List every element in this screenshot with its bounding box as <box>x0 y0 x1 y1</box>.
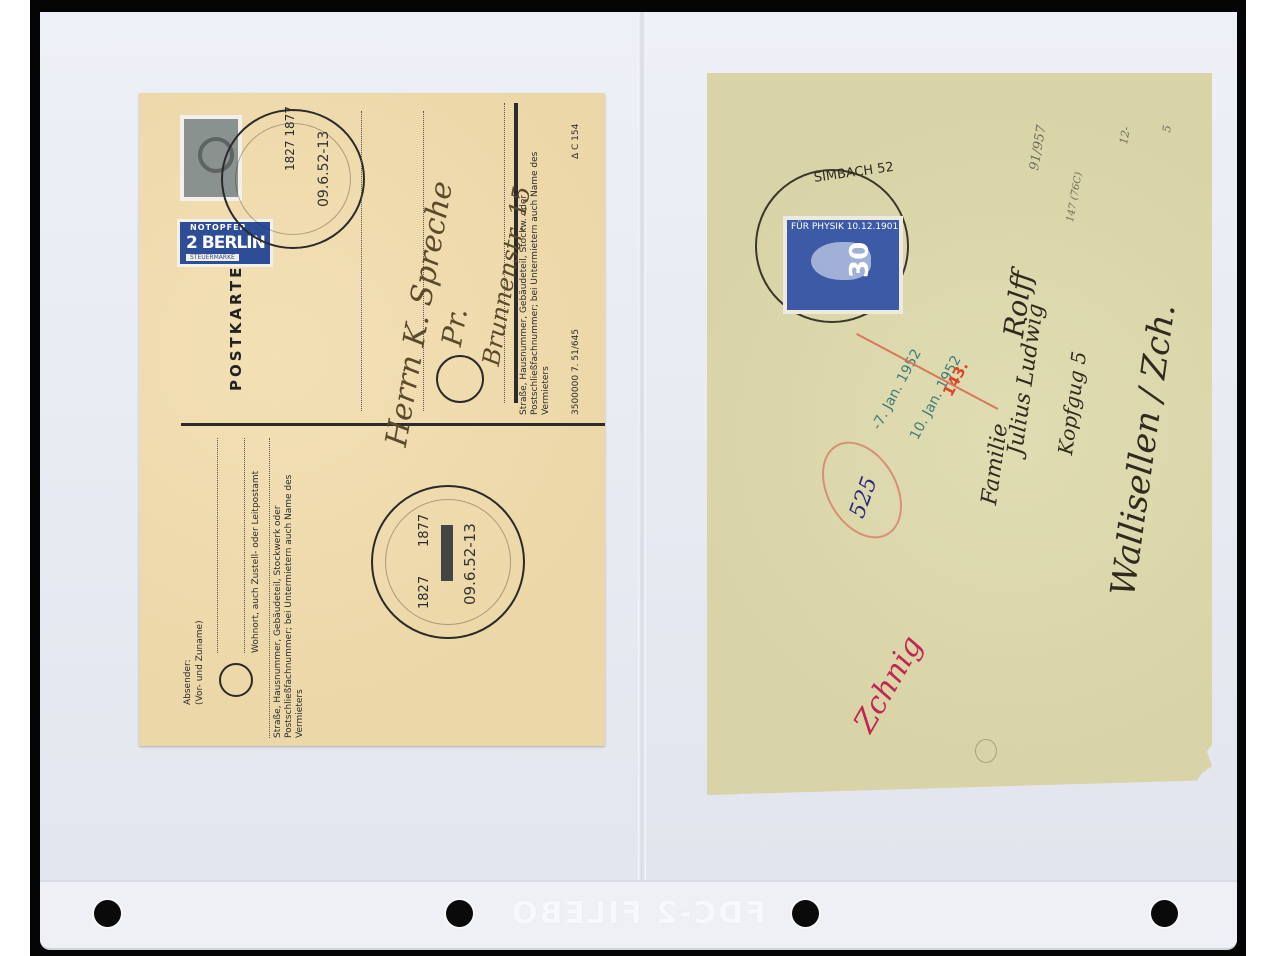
binder-hole <box>94 900 121 927</box>
sender-line <box>269 438 270 738</box>
nobel-physics-stamp: FÜR PHYSIK 10.12.1901 30 <box>783 216 903 314</box>
sender-line <box>217 438 218 653</box>
stamp-value: 30 <box>845 242 875 278</box>
stamp-text: STEUERMARKE <box>186 254 239 261</box>
postmark-cancel-bottom: 09.6.52-13 1827 1877 <box>371 485 525 639</box>
postcard: NOTOPFER 2 BERLIN STEUERMARKE 09.6.52-13… <box>139 93 605 746</box>
postmark-date: 09.6.52-13 <box>319 131 330 207</box>
address-footer-label: Straße, Hausnummer, Gebäudeteil, Stockw.… <box>519 115 552 415</box>
postmark-cancel-top: 09.6.52-13 1827 1877 <box>221 109 365 249</box>
sender-label: Absender: <box>183 659 194 705</box>
postmark-year: 1877 <box>417 514 432 547</box>
sender-town-label: Wohnort, auch Zustell- oder Leitpostamt <box>251 471 262 653</box>
binder-hole <box>792 900 819 927</box>
envelope: SIMBACH 52 FÜR PHYSIK 10.12.1901 30 -7. … <box>707 73 1212 795</box>
sender-postcode-circle <box>219 663 253 697</box>
binder-strip: FDC-2 FILEBO <box>40 880 1237 950</box>
stamp-text: FÜR PHYSIK 10.12.1901 <box>791 222 898 232</box>
postmark-date: 09.6.52-13 <box>461 523 479 605</box>
punch-mark <box>975 739 997 763</box>
postmark-year: 1827 <box>417 576 432 609</box>
sleeve-divider <box>638 12 646 880</box>
binder-hole <box>1151 900 1178 927</box>
postmark-years: 1827 1877 <box>285 106 296 171</box>
print-code: 3500000 7. 51/645 <box>571 329 582 415</box>
form-code: Δ C 154 <box>571 124 582 159</box>
sender-sublabel: (Vor- und Zuname) <box>195 620 206 705</box>
handwritten-city: Pr. <box>435 306 474 349</box>
sender-street-label: Straße, Hausnummer, Gebäudeteil, Stockwe… <box>273 448 306 738</box>
postkarte-title: POSTKARTE <box>227 265 245 391</box>
sender-line <box>244 438 245 653</box>
address-line <box>361 111 362 411</box>
brand-watermark: FDC-2 FILEBO <box>510 896 766 931</box>
binder-hole <box>446 900 473 927</box>
monument-icon <box>441 525 453 581</box>
